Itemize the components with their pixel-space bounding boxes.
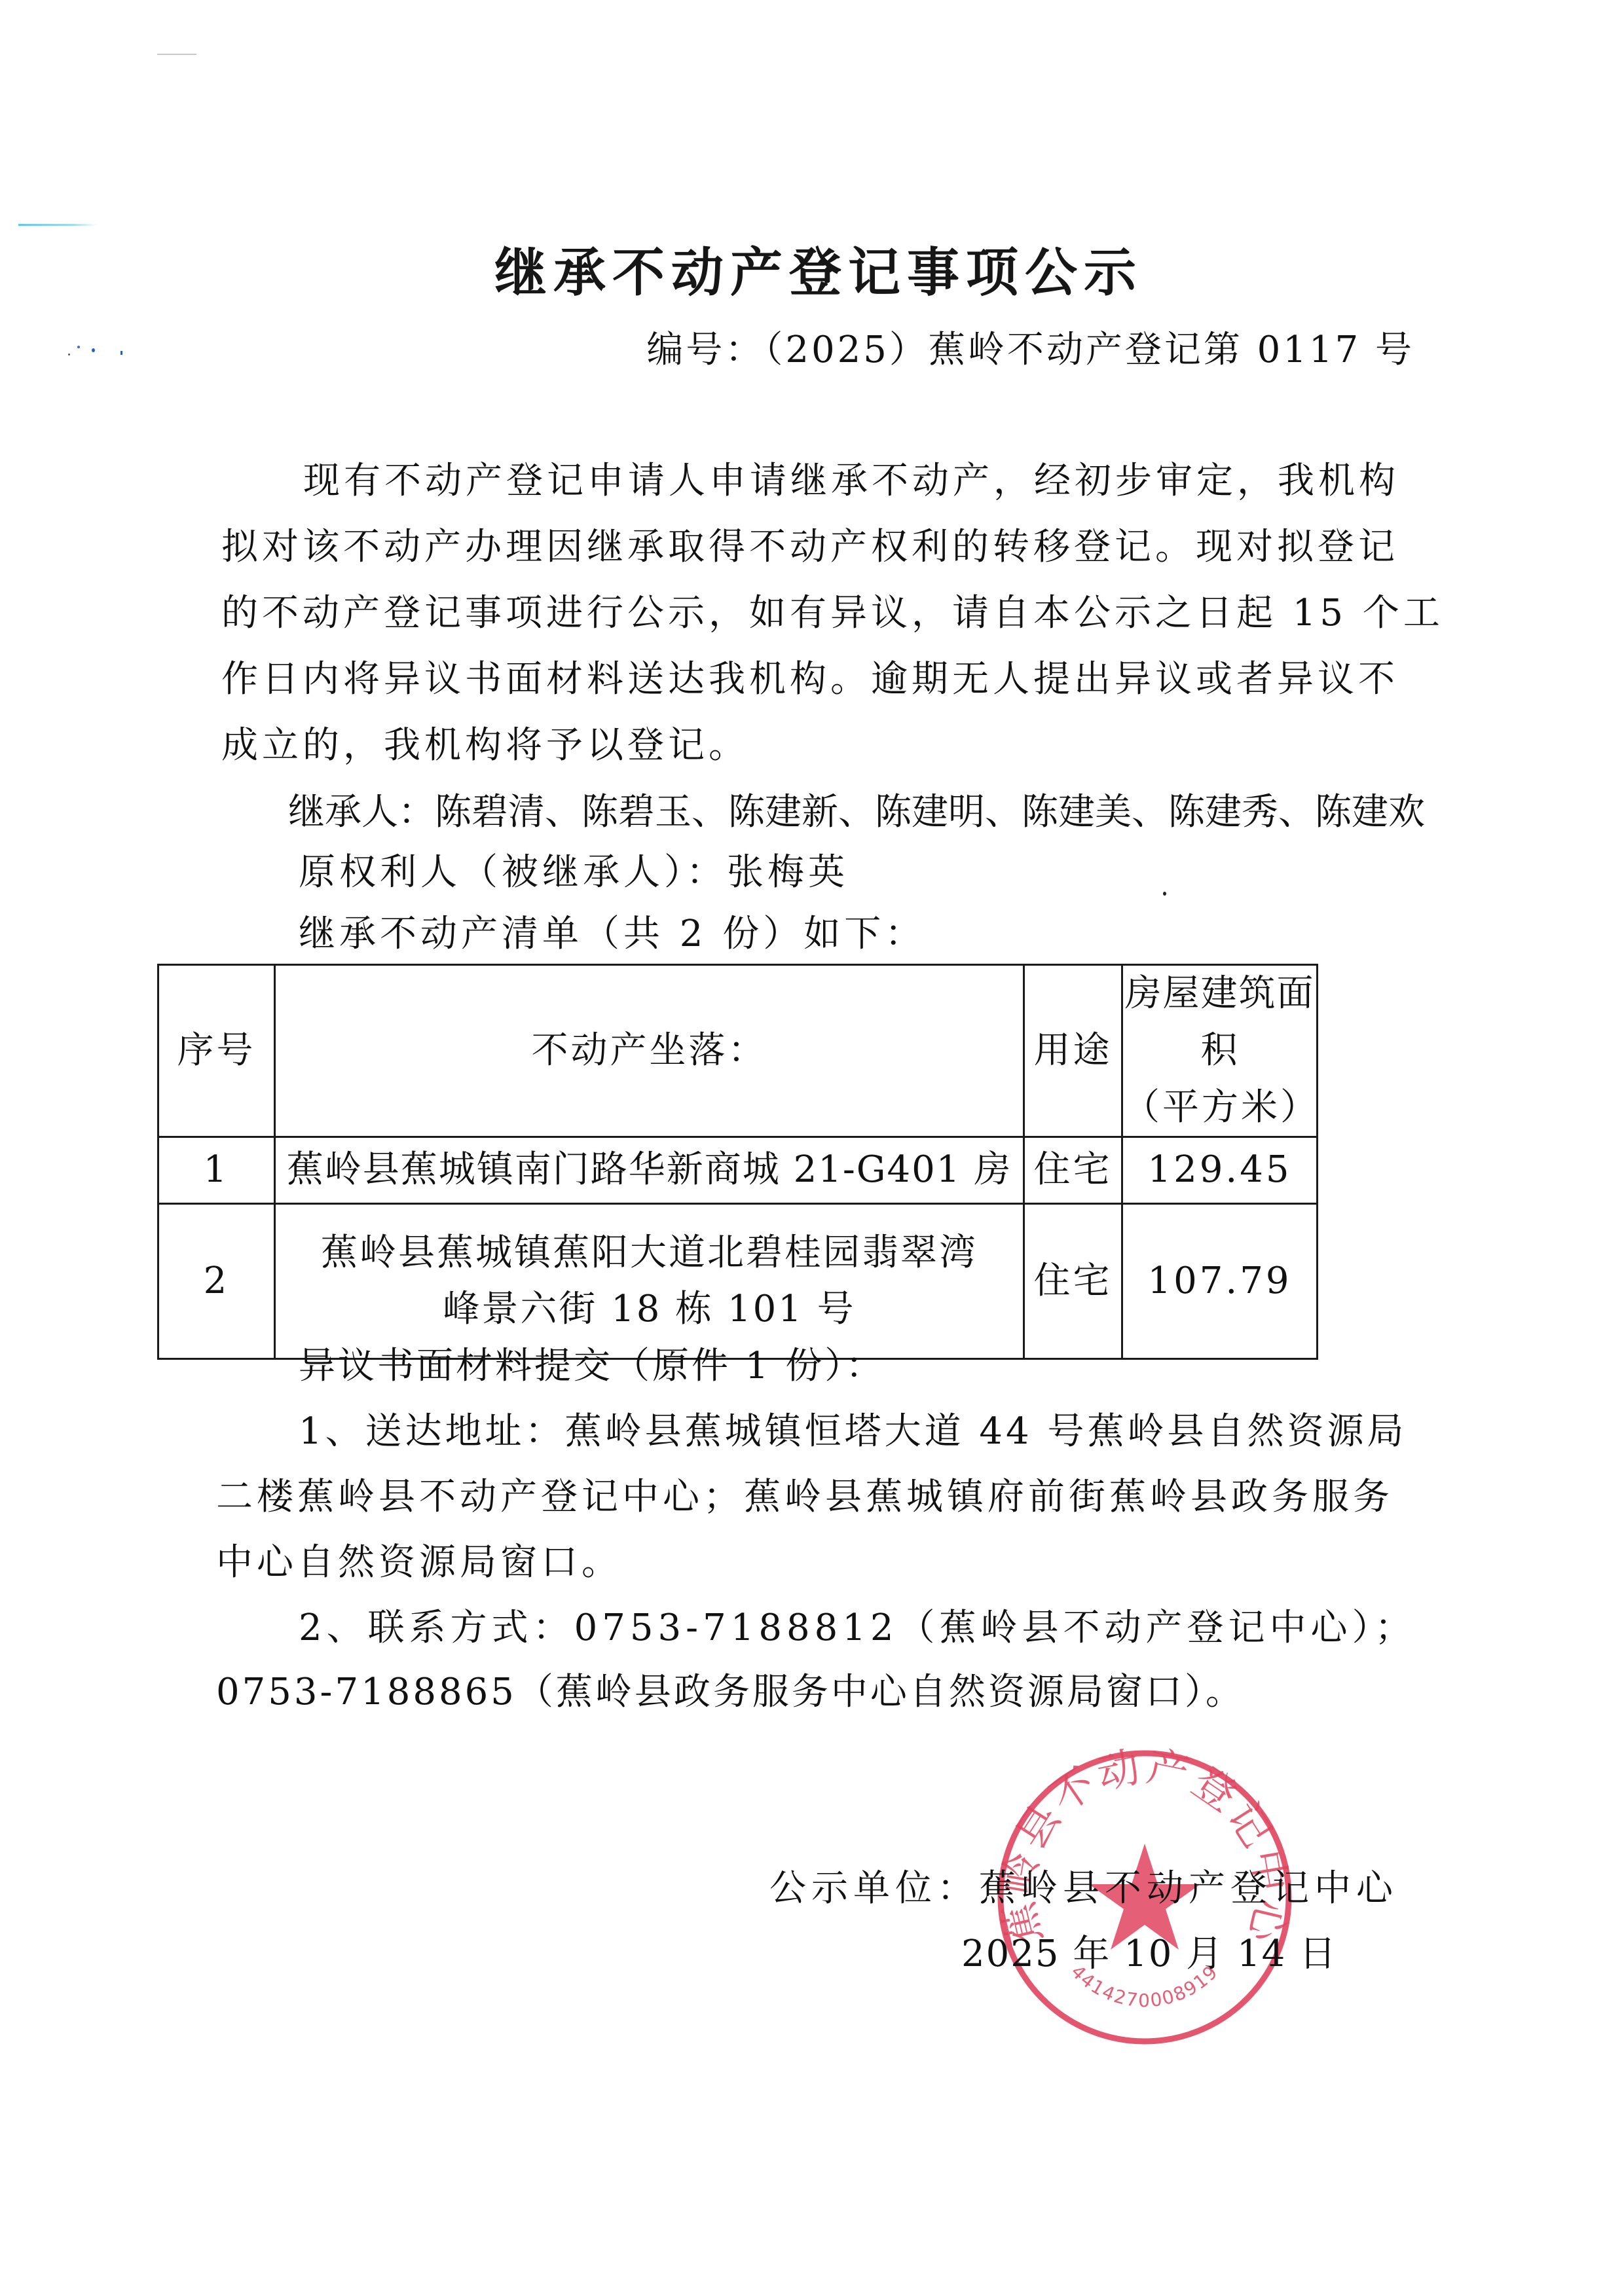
objection-line-1: 1、送达地址：蕉岭县蕉城镇恒塔大道 44 号蕉岭县自然资源局	[299, 1402, 1407, 1455]
property-table: 序号 不动产坐落： 用途 房屋建筑面积 （平方米） 1 蕉岭县蕉城镇南门路华新商…	[157, 964, 1318, 1360]
scan-artifact-dot	[92, 348, 95, 352]
scan-artifact-line	[18, 224, 97, 226]
header-index: 序号	[158, 965, 275, 1137]
row-location: 蕉岭县蕉城镇南门路华新商城 21-G401 房	[275, 1137, 1024, 1204]
body-line-5: 成立的，我机构将予以登记。	[221, 716, 749, 769]
contact-line-2: 0753-7188865（蕉岭县政务服务中心自然资源局窗口）。	[216, 1663, 1245, 1715]
row-location-line2: 峰景六街 18 栋 101 号	[276, 1281, 1023, 1338]
row-index: 1	[158, 1137, 275, 1204]
scan-artifact-mark	[157, 54, 196, 55]
body-line-3: 的不动产登记事项进行公示，如有异议，请自本公示之日起 15 个工	[221, 584, 1444, 636]
header-area-line1: 房屋建筑面积	[1123, 966, 1316, 1080]
document-number: 编号：（2025）蕉岭不动产登记第 0117 号	[646, 321, 1414, 373]
heirs-line: 继承人：陈碧清、陈碧玉、陈建新、陈建明、陈建美、陈建秀、陈建欢	[288, 783, 1425, 835]
table-row: 1 蕉岭县蕉城镇南门路华新商城 21-G401 房 住宅 129.45	[158, 1137, 1318, 1204]
row-usage: 住宅	[1024, 1137, 1122, 1204]
date-line: 2025 年 10 月 14 日	[961, 1925, 1337, 1977]
header-area: 房屋建筑面积 （平方米）	[1122, 965, 1318, 1137]
row-usage: 住宅	[1024, 1204, 1122, 1359]
scan-artifact-dot	[1163, 892, 1166, 896]
row-index: 2	[158, 1204, 275, 1359]
row-area: 129.45	[1122, 1137, 1318, 1204]
issuer-line: 公示单位：蕉岭县不动产登记中心	[769, 1859, 1398, 1912]
scan-artifact-dot	[120, 351, 122, 355]
scan-artifact-dot	[77, 346, 80, 348]
body-line-1: 现有不动产登记申请人申请继承不动产，经初步审定，我机构	[303, 452, 1399, 504]
objection-title: 异议书面材料提交（原件 1 份）：	[299, 1337, 885, 1389]
property-list-intro: 继承不动产清单（共 2 份）如下：	[299, 905, 925, 957]
contact-line-1: 2、联系方式：0753-7188812（蕉岭县不动产登记中心）；	[299, 1599, 1416, 1651]
row-location-line1: 蕉岭县蕉城镇蕉阳大道北碧桂园翡翠湾	[276, 1225, 1023, 1282]
objection-line-3: 中心自然资源局窗口。	[216, 1533, 622, 1586]
scan-artifact-dot	[68, 354, 70, 355]
row-area: 107.79	[1122, 1204, 1318, 1359]
table-header-row: 序号 不动产坐落： 用途 房屋建筑面积 （平方米）	[158, 965, 1318, 1137]
original-owner-line: 原权利人（被继承人）：张梅英	[299, 843, 849, 896]
body-line-2: 拟对该不动产办理因继承取得不动产权利的转移登记。现对拟登记	[221, 518, 1399, 570]
table-row: 2 蕉岭县蕉城镇蕉阳大道北碧桂园翡翠湾 峰景六街 18 栋 101 号 住宅 1…	[158, 1204, 1318, 1359]
row-location: 蕉岭县蕉城镇蕉阳大道北碧桂园翡翠湾 峰景六街 18 栋 101 号	[275, 1204, 1024, 1359]
objection-line-2: 二楼蕉岭县不动产登记中心；蕉岭县蕉城镇府前街蕉岭县政务服务	[216, 1468, 1393, 1520]
body-line-4: 作日内将异议书面材料送达我机构。逾期无人提出异议或者异议不	[221, 650, 1399, 702]
page-title: 继承不动产登记事项公示	[0, 230, 1624, 306]
header-area-line2: （平方米）	[1123, 1080, 1316, 1137]
header-location: 不动产坐落：	[275, 965, 1024, 1137]
header-usage: 用途	[1024, 965, 1122, 1137]
